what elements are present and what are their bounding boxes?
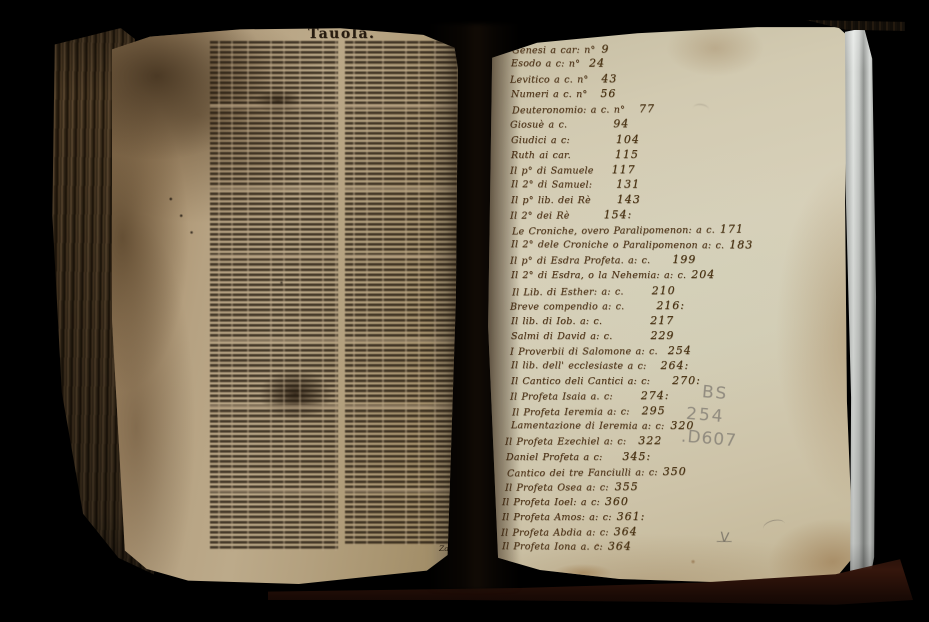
index-entry: Levitico a c. n°43 xyxy=(510,69,845,85)
right-page: Genesi a car: n°9Esodo a c: n°24Levitico… xyxy=(487,26,855,584)
index-entry-page-number: 199 xyxy=(672,252,696,267)
index-entry: Il Profeta Ioel: a c:360 xyxy=(502,492,846,507)
index-entry-title: Ruth ai car. xyxy=(511,150,571,161)
index-entry-title: Breve compendio a: c. xyxy=(510,301,624,312)
index-entry: Giudici a c:104 xyxy=(511,130,846,145)
index-entry: Il 2° di Esdra, o la Nehemia: a: c.204 xyxy=(511,265,846,280)
index-entry: Il Profeta Amos: a: c:361: xyxy=(502,507,846,522)
index-entry: Esodo a c: n°24 xyxy=(511,53,846,70)
index-entry-title: Il lib. dell' ecclesiaste a c: xyxy=(511,360,647,372)
call-number-line: BS xyxy=(701,381,742,407)
index-entry: Daniel Profeta a c:345: xyxy=(506,447,846,462)
index-entry-title: Il p° lib. dei Rè xyxy=(511,195,591,206)
index-entry-title: Il 2° di Samuel: xyxy=(511,179,592,190)
index-entry-page-number: 364 xyxy=(608,539,632,554)
index-entry-title: Il 2° di Esdra, o la Nehemia: a: c. xyxy=(511,270,686,281)
index-entry: Il lib. dell' ecclesiaste a c:264: xyxy=(511,355,846,372)
index-entry: Il Profeta Abdia a: c:364 xyxy=(501,521,845,537)
index-entry-title: Il lib. di Iob. a: c. xyxy=(511,316,602,327)
index-entry: Ruth ai car.115 xyxy=(511,145,846,160)
index-entry-title: Il Profeta Ezechiel a: c: xyxy=(505,437,626,448)
index-entry: Giosuè a c.94 xyxy=(510,114,845,130)
index-entry-title: Giosuè a c. xyxy=(510,120,567,131)
manuscript-index: Genesi a car: n°9Esodo a c: n°24Levitico… xyxy=(511,39,846,552)
index-entry-page-number: 43 xyxy=(601,71,617,86)
index-entry-page-number: 104 xyxy=(616,132,640,147)
index-entry-page-number: 355 xyxy=(615,479,639,494)
index-entry: Il p° di Samuele117 xyxy=(510,159,845,175)
index-entry-page-number: 216: xyxy=(656,298,685,313)
index-entry: Il Cantico deli Cantici a: c:270: xyxy=(511,371,846,386)
index-entry-page-number: 94 xyxy=(613,117,629,132)
index-entry-title: Il Profeta Ioel: a c: xyxy=(502,497,600,508)
call-number: BS254.D607 xyxy=(680,380,742,454)
index-entry-page-number: 217 xyxy=(650,313,674,328)
index-entry-page-number: 322 xyxy=(638,433,662,448)
index-entry: Il Profeta Iona a. c:364 xyxy=(502,536,846,553)
index-entry: Il Lib. di Esther: a: c.210 xyxy=(512,279,847,297)
index-entry: I Proverbii di Salomone a: c.254 xyxy=(510,340,845,356)
printed-text-column-2 xyxy=(345,41,458,545)
index-entry: Il Profeta Ezechiel a: c:322 xyxy=(505,431,845,447)
index-entry-title: Salmi di David a: c. xyxy=(511,331,612,342)
call-number-line: .D607 xyxy=(680,426,738,454)
index-entry-title: Daniel Profeta a c: xyxy=(506,452,602,463)
left-page: Tauola. Zabulon xyxy=(112,26,458,584)
index-entry-page-number: 131 xyxy=(616,177,640,192)
printed-text-column-1 xyxy=(210,41,338,551)
index-entry-title: Levitico a c. n° xyxy=(510,75,588,86)
index-entry: Il Profeta Osea a: c:355 xyxy=(505,476,845,492)
index-entry-title: Giudici a c: xyxy=(511,135,570,146)
index-entry: Cantico dei tre Fanciulli a: c:350 xyxy=(507,460,847,478)
index-entry-title: Il Profeta Iona a. c: xyxy=(502,541,603,553)
index-entry: Il p° di Esdra Profeta. a: c.199 xyxy=(510,250,845,266)
index-entry: Salmi di David a: c.229 xyxy=(511,326,846,341)
index-entry-title: Il Profeta Osea a: c: xyxy=(505,482,609,493)
index-entry-title: Esodo a c: n° xyxy=(511,58,580,69)
catchword: Zabulon xyxy=(439,544,470,553)
index-entry: Il p° lib. dei Rè143 xyxy=(511,190,846,205)
pencil-check-mark: V xyxy=(719,531,729,547)
index-entry: Il 2° di Samuel:131 xyxy=(511,174,846,191)
photo-open-book: Tauola. Zabulon Genesi a car: n°9Esodo a… xyxy=(0,0,929,622)
index-entry: Breve compendio a: c.216: xyxy=(510,295,845,311)
index-entry-page-number: 360 xyxy=(605,494,629,509)
page-header: Tauola. xyxy=(308,26,428,42)
index-entry-title: Il Profeta Amos: a: c: xyxy=(502,512,612,523)
index-entry-page-number: 264: xyxy=(660,358,689,373)
index-entry-title: Numeri a c. n° xyxy=(511,89,587,100)
index-entry-title: Il p° di Esdra Profeta. a: c. xyxy=(510,255,650,266)
